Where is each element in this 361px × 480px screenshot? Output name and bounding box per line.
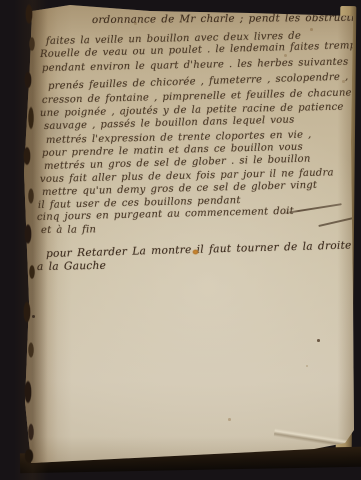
foxing-spot [306, 365, 308, 367]
foxing-spot [284, 54, 287, 57]
manuscript-line: pendant environ le quart d'heure . les h… [42, 57, 349, 74]
ink-strikethrough [318, 217, 353, 227]
manuscript-heading: ordonnance de Mr charle ; pendt les obst… [92, 12, 361, 26]
foxing-spot [342, 80, 345, 83]
foxing-spot [310, 28, 313, 31]
manuscript-line: pour Retarder La montre il faut tourner … [46, 239, 352, 260]
manuscript-line: et à la fin [41, 224, 96, 236]
book-binding-edge [14, 0, 48, 480]
scanned-book-photo: ordonnance de Mr charle ; pendt les obst… [0, 0, 361, 480]
foxing-spot [134, 22, 137, 25]
wax-stain [192, 249, 199, 255]
manuscript-page: ordonnance de Mr charle ; pendt les obst… [22, 2, 354, 464]
ink-speck [317, 339, 320, 342]
foxing-spot [228, 418, 231, 421]
